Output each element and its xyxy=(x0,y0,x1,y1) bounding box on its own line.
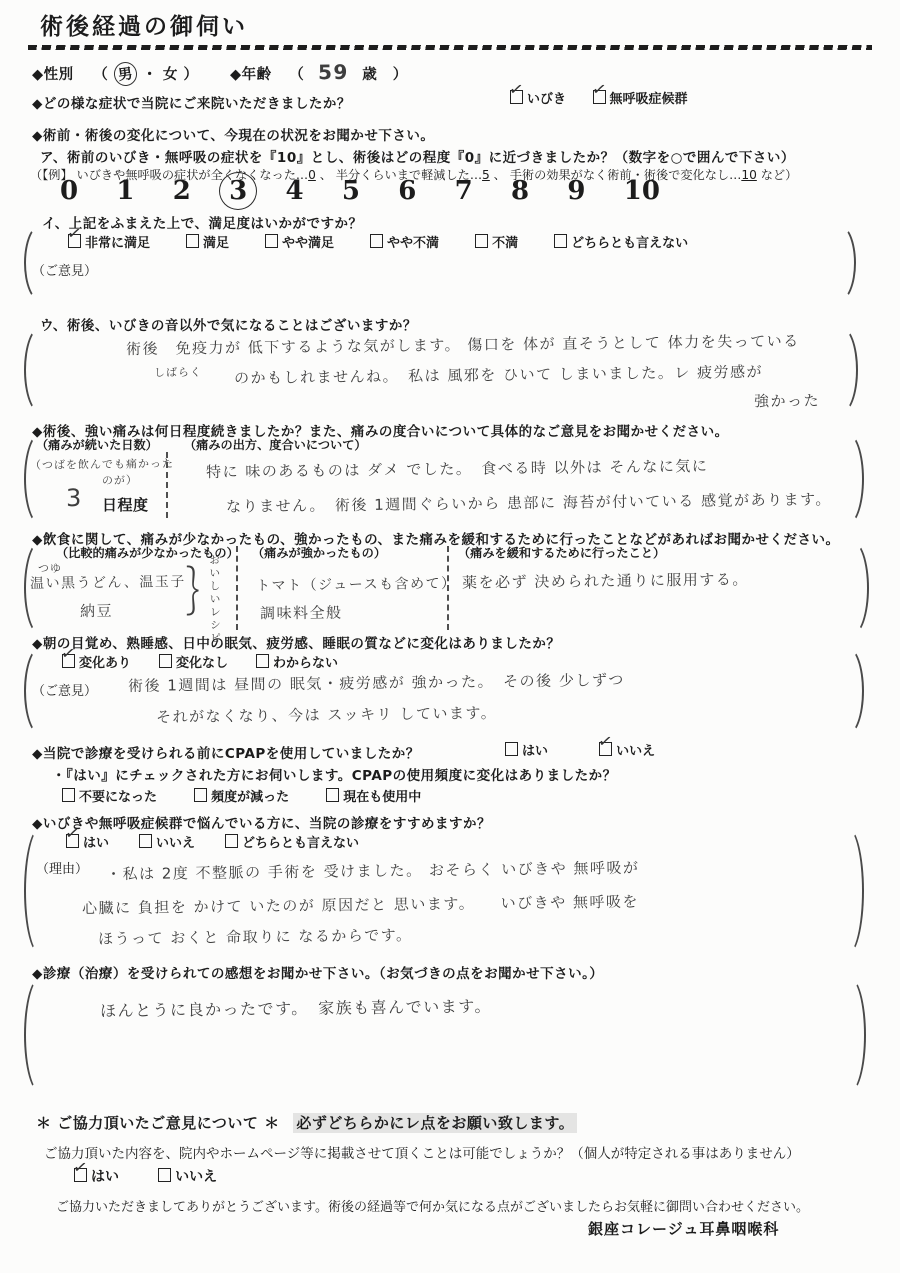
handwritten-answer: 術後 1週間は 昼間の 眠気・疲労感が 強かった。 その後 少しずつ xyxy=(128,669,625,696)
option-label: いいえ xyxy=(156,836,195,851)
checkbox-option: 現在も使用中 xyxy=(326,790,421,805)
sleep-box: 変化あり 変化なし わからない （ご意見） 術後 1週間は 昼間の 眠気・疲労感… xyxy=(24,646,864,736)
checkbox-option: 変化なし xyxy=(159,652,228,671)
option-label: 現在も使用中 xyxy=(343,790,421,805)
checkbox-option: はい xyxy=(66,832,109,851)
checkbox-icon xyxy=(599,742,612,756)
option-label: 変化なし xyxy=(176,656,228,671)
scanned-questionnaire: 術後経過の御伺い ◆性別 （ 男 ・ 女 ） ◆年齢 （ 59 歳 ） ◆どの様… xyxy=(0,0,900,1273)
checkbox-option-snoring: いびき xyxy=(510,92,571,107)
paren: ） xyxy=(393,67,408,83)
option-label: やや満足 xyxy=(282,236,334,251)
option-label: 満足 xyxy=(203,236,229,251)
handwritten-note: のが） xyxy=(102,472,138,488)
scale-number: 5 xyxy=(342,176,360,206)
scale-number: 4 xyxy=(286,176,304,206)
scale-number: 8 xyxy=(511,176,529,206)
checkbox-icon xyxy=(186,234,199,248)
scale-number-circled: 3 xyxy=(229,176,247,206)
checkbox-option: 不要になった xyxy=(62,790,157,805)
handwritten-answer: 温い黒うどん、温玉子 xyxy=(30,571,186,593)
symptom-question: ◆どの様な症状で当院にご来院いただきましたか？ xyxy=(32,92,351,112)
option-label: 不満 xyxy=(492,236,518,251)
option-label: やや不満 xyxy=(387,236,439,251)
checkbox-icon xyxy=(74,1168,87,1182)
handwritten-side-note: おいしいレシピ xyxy=(206,554,223,624)
change-header: ◆術前・術後の変化について、今現在の状況をお聞かせ下さい。 xyxy=(32,124,434,144)
checkbox-option: 頻度が減った xyxy=(194,790,289,805)
scale-number: 6 xyxy=(398,176,416,206)
scale-number: 10 xyxy=(624,176,660,206)
cpap-sub-question: ・『はい』にチェックされた方にお伺いします。CPAPの使用頻度に変化はありました… xyxy=(52,764,617,784)
checkbox-icon xyxy=(326,788,339,802)
paren: （ xyxy=(93,67,108,83)
cpap-options: はい いいえ xyxy=(505,740,655,759)
checkbox-icon xyxy=(370,234,383,248)
gender-male-circled: 男 xyxy=(112,61,138,88)
checkbox-option: どちらとも言えない xyxy=(554,232,688,251)
age-unit: 歳 xyxy=(362,67,377,83)
scale-question: ア、術前のいびき・無呼吸の症状を『10』とし、術後はどの程度『0』に近づきました… xyxy=(40,146,795,166)
scale-number: 2 xyxy=(173,176,191,206)
checkbox-option: いいえ xyxy=(599,744,655,759)
option-label: いいえ xyxy=(175,1169,217,1185)
checkbox-option: 不満 xyxy=(475,232,518,251)
gender-female: 女 xyxy=(163,67,178,83)
satisfaction-box: 非常に満足 満足 やや満足 やや不満 不満 どちらとも言えない （ご意見） xyxy=(24,224,856,302)
option-label: はい xyxy=(522,744,548,759)
pain-desc-header: （痛みの出方、度合いについて） xyxy=(184,436,367,453)
checkbox-option: いいえ xyxy=(139,832,195,851)
handwritten-answer: なりません。 術後 1週間ぐらいから 患部に 海苔が付いている 感覚があります。 xyxy=(226,488,832,516)
checkbox-icon xyxy=(256,654,269,668)
handwritten-answer: ほうって おくと 命取りに なるからです。 xyxy=(98,924,413,949)
sleep-options: 変化あり 変化なし わからない xyxy=(62,652,338,671)
example-seg: など） xyxy=(757,168,797,182)
handwritten-note: （つばを飲んでも痛かった xyxy=(30,455,174,473)
checkbox-icon xyxy=(159,654,172,668)
consent-options: はい いいえ xyxy=(74,1166,217,1186)
handwritten-answer: ・私は 2度 不整脈の 手術を 受けました。 おそらく いびきや 無呼吸が xyxy=(106,857,640,885)
recommend-box: はい いいえ どちらとも言えない （理由） ・私は 2度 不整脈の 手術を 受け… xyxy=(24,826,864,956)
handwritten-answer: トマト（ジュースも含めて） xyxy=(256,573,457,595)
handwritten-answer: 薬を必ず 決められた通りに服用する。 xyxy=(462,568,749,593)
handwritten-insert: しばらく xyxy=(154,364,202,381)
checkbox-icon xyxy=(554,234,567,248)
pain-days-value: 3 xyxy=(66,484,83,512)
checkbox-option-apnea: 無呼吸症候群 xyxy=(593,92,688,107)
option-label: 変化あり xyxy=(79,656,131,671)
pain-box: （痛みが続いた日数） （痛みの出方、度合いについて） （つばを飲んでも痛かった … xyxy=(24,432,864,526)
age-value-handwritten: 59 xyxy=(318,60,349,84)
checkbox-option: やや満足 xyxy=(265,232,334,251)
scale-number: 1 xyxy=(116,176,134,206)
age-label: ◆年齢 xyxy=(230,67,272,83)
checkbox-icon xyxy=(68,234,81,248)
option-label: いびき xyxy=(527,92,566,107)
checkbox-option: いいえ xyxy=(158,1169,217,1185)
handwritten-answer: 納豆 xyxy=(80,600,113,621)
checkbox-icon xyxy=(62,654,75,668)
satisfaction-options: 非常に満足 満足 やや満足 やや不満 不満 どちらとも言えない xyxy=(68,232,688,251)
handwritten-answer: それがなくなり、今は スッキリ しています。 xyxy=(156,702,497,727)
paren: （ xyxy=(289,67,304,83)
handwritten-answer: 強かった xyxy=(754,390,820,412)
checkbox-option: やや不満 xyxy=(370,232,439,251)
pain-days-unit: 日程度 xyxy=(102,494,149,515)
other-box: 術後 免疫力が 低下するような気がします。 傷口を 体が 直そうとして 体力を失… xyxy=(24,326,858,414)
example-num: 10 xyxy=(741,168,757,182)
option-label: どちらとも言えない xyxy=(242,836,359,851)
impression-box: ほんとうに良かったです。 家族も喜んでいます。 xyxy=(24,976,866,1094)
checkbox-option: はい xyxy=(74,1169,119,1185)
checkbox-icon xyxy=(139,834,152,848)
dot: ・ xyxy=(142,67,157,83)
clinic-name: 銀座コレージュ耳鼻咽喉科 xyxy=(588,1218,779,1239)
checkbox-option: 変化あり xyxy=(62,652,131,671)
handwritten-answer: 心臓に 負担を かけて いたのが 原因だと 思います。 いびきや 無呼吸を xyxy=(82,891,639,919)
option-label: どちらとも言えない xyxy=(571,236,688,251)
opinion-label: （ご意見） xyxy=(32,260,97,279)
scale-number: 0 xyxy=(60,176,78,206)
profile-row: ◆性別 （ 男 ・ 女 ） ◆年齢 （ 59 歳 ） xyxy=(32,60,408,86)
option-label: 不要になった xyxy=(79,790,157,805)
option-label: はい xyxy=(91,1169,119,1185)
checkbox-icon xyxy=(505,742,518,756)
option-label: 無呼吸症候群 xyxy=(610,92,688,107)
page-title: 術後経過の御伺い xyxy=(40,8,248,41)
food-box: （比較的痛みが少なかったもの） （痛みが強かったもの） （痛みを緩和するために行… xyxy=(24,540,869,636)
thanks-note: ご協力いただきましてありがとうございます。術後の経過等で何か気になる点がございま… xyxy=(56,1196,809,1215)
reason-label: （理由） xyxy=(36,858,88,877)
checkbox-icon xyxy=(475,234,488,248)
food-col3-header: （痛みを緩和するために行ったこと） xyxy=(458,544,665,561)
option-label: はい xyxy=(83,836,109,851)
cpap-question: ◆当院で診療を受けられる前にCPAPを使用していましたか？ xyxy=(32,742,420,762)
checkbox-icon xyxy=(265,234,278,248)
handwritten-answer: のかもしれませんね。 私は 風邪を ひいて しまいました。レ 疲労感が xyxy=(234,361,763,388)
scale-number: 9 xyxy=(567,176,585,206)
handwritten-answer: 術後 免疫力が 低下するような気がします。 傷口を 体が 直そうとして 体力を失… xyxy=(126,330,800,359)
checkbox-option: どちらとも言えない xyxy=(225,832,359,851)
consent-question: ご協力頂いた内容を、院内やホームページ等に掲載させて頂くことは可能でしょうか？（… xyxy=(44,1142,800,1162)
consent-header: ＊ ご協力頂いたご意見について ＊ 必ずどちらかにレ点をお願い致します。 xyxy=(36,1112,577,1133)
option-label: いいえ xyxy=(616,744,655,759)
scale-number: 7 xyxy=(455,176,473,206)
checkbox-icon xyxy=(62,788,75,802)
pain-days-header: （痛みが続いた日数） xyxy=(36,436,158,453)
rating-scale: 0 1 2 3 4 5 6 7 8 9 10 xyxy=(60,176,660,206)
recommend-options: はい いいえ どちらとも言えない xyxy=(66,832,359,851)
paren: ） xyxy=(183,67,198,83)
option-label: 非常に満足 xyxy=(85,236,150,251)
checkbox-option: はい xyxy=(505,744,548,759)
checkbox-icon xyxy=(194,788,207,802)
checkbox-option: 満足 xyxy=(186,232,229,251)
hatched-divider xyxy=(28,45,872,50)
opinion-label: （ご意見） xyxy=(32,680,97,699)
handwritten-answer: 特に 味のあるものは ダメ でした。 食べる時 以外は そんなに気に xyxy=(206,455,709,482)
checkbox-option: 非常に満足 xyxy=(68,232,150,251)
checkbox-icon xyxy=(510,90,523,104)
checkbox-icon xyxy=(158,1168,171,1182)
gender-label: ◆性別 xyxy=(32,67,74,83)
checkbox-icon xyxy=(225,834,238,848)
option-label: 頻度が減った xyxy=(211,790,289,805)
cpap-sub-options: 不要になった 頻度が減った 現在も使用中 xyxy=(62,786,421,805)
food-col2-header: （痛みが強かったもの） xyxy=(252,544,386,561)
symptom-options: いびき 無呼吸症候群 xyxy=(510,88,688,107)
checkbox-option: わからない xyxy=(256,652,338,671)
handwritten-answer: 調味料全般 xyxy=(260,601,343,623)
consent-header-highlight: 必ずどちらかにレ点をお願い致します。 xyxy=(293,1113,577,1133)
consent-header-prefix: ＊ ご協力頂いたご意見について ＊ xyxy=(36,1114,280,1132)
handwritten-answer: ほんとうに良かったです。 家族も喜んでいます。 xyxy=(100,994,492,1022)
option-label: わからない xyxy=(273,656,338,671)
checkbox-icon xyxy=(66,834,79,848)
checkbox-icon xyxy=(593,90,606,104)
